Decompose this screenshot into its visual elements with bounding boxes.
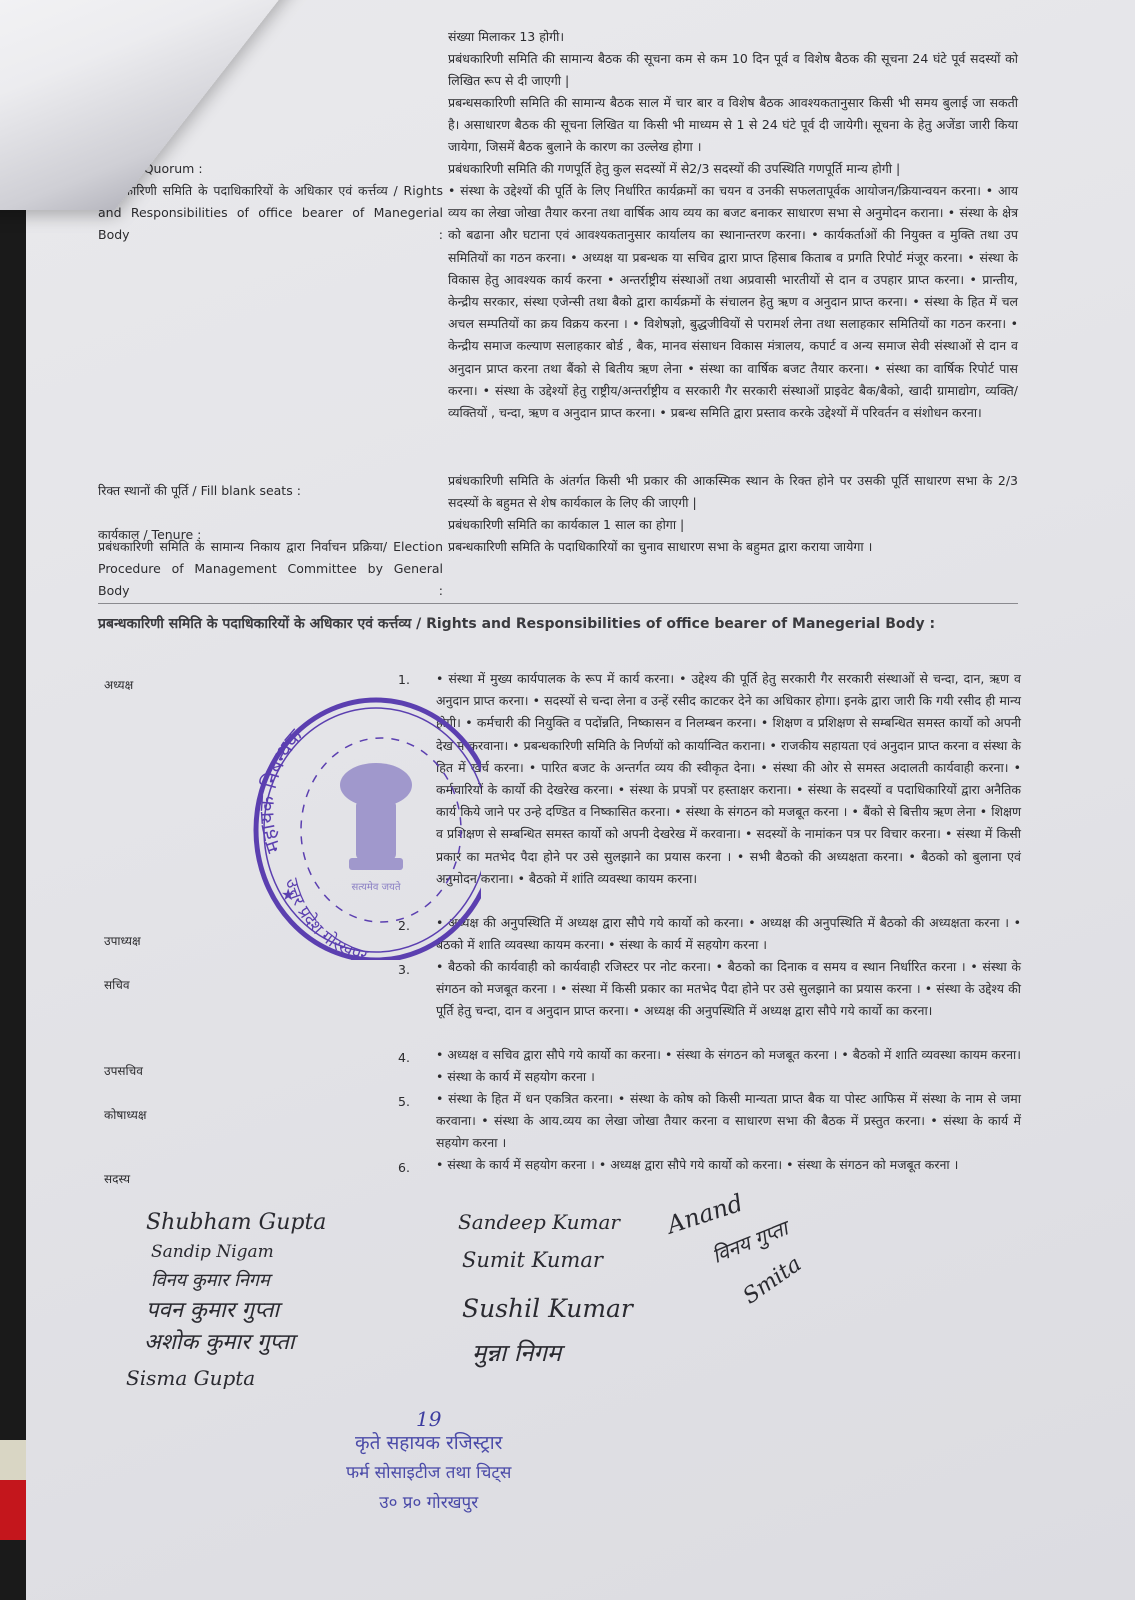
fill-seats-label: रिक्त स्थानों की पूर्ति / Fill blank sea…: [98, 480, 458, 502]
registrar-endorsement-stamp: 19 कृते सहायक रजिस्ट्रार फर्म सोसाइटीज त…: [346, 1410, 511, 1518]
emblem-motto: सत्यमेव जयते: [351, 881, 400, 893]
tenure-value: प्रबंधकारिणी समिति का कार्यकाल 1 साल का …: [448, 514, 1018, 536]
signature: Sisma Gupta: [126, 1366, 255, 1390]
registrar-initials: 19: [346, 1410, 511, 1428]
signature: Sandip Nigam: [151, 1242, 274, 1262]
signature: अशोक कुमार गुप्ता: [144, 1326, 295, 1356]
svg-text:महायक निबन्धक: महायक निबन्धक: [254, 724, 308, 856]
quorum-value: प्रबंधकारिणी समिति की गणपूर्ति हेतु कुल …: [448, 158, 1018, 180]
signature: Anand: [664, 1189, 747, 1240]
election-value: प्रबन्धकारिणी समिति के पदाधिकारियों का च…: [448, 536, 1018, 558]
item-number: 5.: [398, 1094, 410, 1109]
item-number: 3.: [398, 962, 410, 977]
signature: Sushil Kumar: [462, 1294, 633, 1323]
role-label: सचिव: [104, 976, 130, 993]
role-label: उपाध्यक्ष: [104, 932, 141, 949]
signature: Smita: [739, 1252, 807, 1310]
signature: मुन्ना निगम: [472, 1336, 561, 1369]
item-number: 6.: [398, 1160, 410, 1175]
signature: Shubham Gupta: [146, 1210, 326, 1235]
role-label: कोषाध्यक्ष: [104, 1106, 146, 1123]
role-label: उपसचिव: [104, 1062, 143, 1079]
rights-value: • संस्था के उद्देश्यों की पूर्ति के लिए …: [448, 180, 1018, 424]
role-duties: • अध्यक्ष व सचिव द्वारा सौपे गये कार्यो …: [436, 1044, 1021, 1088]
star-icon: ★: [281, 885, 295, 904]
role-duties: • अध्यक्ष की अनुपस्थिति में अध्यक्ष द्वा…: [436, 912, 1021, 956]
member-count-text: संख्या मिलाकर 13 होगी।: [448, 26, 1018, 48]
meetings-value: प्रबन्धसकारिणी समिति की सामान्य बैठक साल…: [448, 92, 1018, 159]
fill-seats-value: प्रबंधकारिणी समिति के अंतर्गत किसी भी प्…: [448, 470, 1018, 514]
section-heading: प्रबन्धकारिणी समिति के पदाधिकारियों के अ…: [98, 612, 998, 636]
signature: Sandeep Kumar: [458, 1210, 620, 1234]
role-duties: • संस्था में मुख्य कार्यपालक के रूप में …: [436, 668, 1021, 890]
role-label: अध्यक्ष: [104, 676, 133, 693]
rights-label: प्रबन्धकारिणी समिति के पदाधिकारियों के अ…: [98, 180, 443, 247]
role-label: सदस्य: [104, 1170, 130, 1187]
signature: Sumit Kumar: [462, 1248, 603, 1272]
official-seal-stamp: महायक निबन्धक उत्तर प्रदेश गोरखपुर ★ सत्…: [241, 680, 481, 960]
item-number: 4.: [398, 1050, 410, 1065]
registrar-line: कृते सहायक रजिस्ट्रार: [346, 1428, 511, 1458]
registrar-line: फर्म सोसाइटीज तथा चिट्स: [346, 1458, 511, 1488]
role-duties: • बैठको की कार्यवाही को कार्यवाही रजिस्ट…: [436, 956, 1021, 1023]
signature: पवन कुमार गुप्ता: [146, 1294, 279, 1324]
emblem-icon: [340, 763, 412, 870]
role-duties: • संस्था के हित में धन एकत्रित करना। • स…: [436, 1088, 1021, 1155]
signature: विनय कुमार निगम: [151, 1268, 270, 1292]
registrar-line: उ० प्र० गोरखपुर: [346, 1488, 511, 1518]
role-duties: • संस्था के कार्य में सहयोग करना । • अध्…: [436, 1154, 1021, 1176]
document-page: संख्या मिलाकर 13 होगी। ना / Notice perio…: [26, 0, 1135, 1600]
election-label: प्रबंधकारिणी समिति के सामान्य निकाय द्वा…: [98, 536, 443, 603]
stamp-ring-text: महायक निबन्धक: [254, 724, 308, 856]
notice-period-value: प्रबंधकारिणी समिति की सामान्य बैठक की सू…: [448, 48, 1018, 92]
section-divider: [98, 603, 1018, 604]
